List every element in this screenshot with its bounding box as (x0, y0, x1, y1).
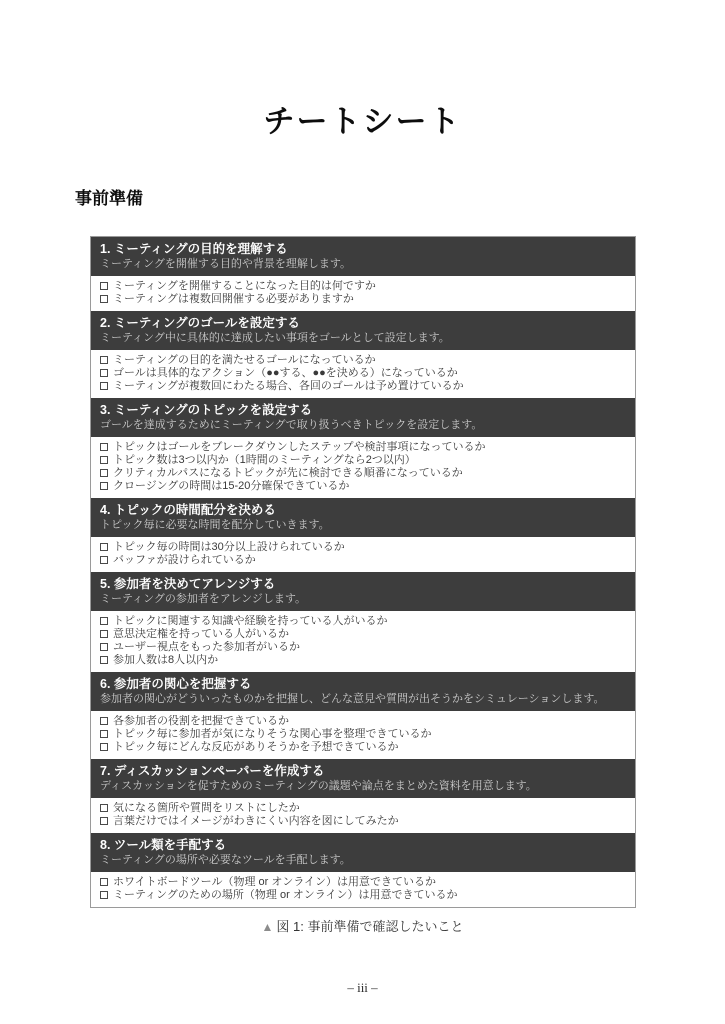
section-items: トピック毎の時間は30分以上設けられているか バッファが設けられているか (91, 537, 635, 572)
page-number: – iii – (0, 980, 725, 996)
checklist-item-label: ホワイトボードツール（物理 or オンライン）は用意できているか (113, 876, 436, 888)
checklist-item: 言葉だけではイメージがわきにくい内容を図にしてみたか (100, 815, 626, 828)
checklist-item-label: ミーティングの目的を満たせるゴールになっているか (113, 354, 376, 366)
checklist-item-label: ミーティングは複数回開催する必要がありますか (113, 293, 354, 305)
checkbox-icon (100, 617, 108, 625)
checkbox-icon (100, 730, 108, 738)
checkbox-icon (100, 743, 108, 751)
checklist-item-label: 意思決定権を持っている人がいるか (113, 628, 289, 640)
document-page: チートシート 事前準備 1. ミーティングの目的を理解する ミーティングを開催す… (0, 0, 725, 1024)
triangle-up-icon: ▲ (262, 920, 274, 934)
checklist-item: クロージングの時間は15-20分確保できているか (100, 480, 626, 493)
checkbox-icon (100, 469, 108, 477)
checklist-item-label: バッファが設けられているか (113, 554, 256, 566)
checklist-item-label: ミーティングのための場所（物理 or オンライン）は用意できているか (113, 889, 457, 901)
checkbox-icon (100, 643, 108, 651)
checkbox-icon (100, 382, 108, 390)
checkbox-icon (100, 891, 108, 899)
checklist-item-label: クリティカルパスになるトピックが先に検討できる順番になっているか (113, 467, 463, 479)
section-header: 4. トピックの時間配分を決める トピック毎に必要な時間を配分していきます。 (91, 498, 635, 537)
section-subtitle: ディスカッションを促すためのミーティングの議題や論点をまとめた資料を用意します。 (100, 779, 626, 794)
checklist-item: トピックに関連する知識や経験を持っている人がいるか (100, 615, 626, 628)
section-subtitle: トピック毎に必要な時間を配分していきます。 (100, 518, 626, 533)
section-items: トピックはゴールをブレークダウンしたステップや検討事項になっているか トピック数… (91, 437, 635, 498)
checklist-item: トピック毎に参加者が気になりそうな関心事を整理できているか (100, 728, 626, 741)
checklist-section-8: 8. ツール類を手配する ミーティングの場所や必要なツールを手配します。 ホワイ… (91, 833, 635, 907)
checklist-item-label: 参加人数は8人以内か (113, 654, 218, 666)
checklist-item-label: クロージングの時間は15-20分確保できているか (113, 480, 349, 492)
section-title: 3. ミーティングのトピックを設定する (100, 402, 626, 418)
checklist-item-label: トピックに関連する知識や経験を持っている人がいるか (113, 615, 388, 627)
section-header: 3. ミーティングのトピックを設定する ゴールを達成するためにミーティングで取り… (91, 398, 635, 437)
section-items: 気になる箇所や質問をリストにしたか 言葉だけではイメージがわきにくい内容を図にし… (91, 798, 635, 833)
checklist-section-6: 6. 参加者の関心を把握する 参加者の関心がどういったものかを把握し、どんな意見… (91, 672, 635, 759)
checklist-item-label: トピック毎の時間は30分以上設けられているか (113, 541, 345, 553)
checklist-item: トピック毎にどんな反応がありそうかを予想できているか (100, 741, 626, 754)
checklist-item: ミーティングの目的を満たせるゴールになっているか (100, 354, 626, 367)
section-subtitle: ゴールを達成するためにミーティングで取り扱うべきトピックを設定します。 (100, 418, 626, 433)
checklist-item: ホワイトボードツール（物理 or オンライン）は用意できているか (100, 876, 626, 889)
checklist-item-label: トピックはゴールをブレークダウンしたステップや検討事項になっているか (113, 441, 485, 453)
checklist-item-label: ゴールは具体的なアクション（●●する、●●を決める）になっているか (113, 367, 458, 379)
checklist-item-label: 気になる箇所や質問をリストにしたか (113, 802, 300, 814)
section-items: ミーティングの目的を満たせるゴールになっているか ゴールは具体的なアクション（●… (91, 350, 635, 398)
section-header: 8. ツール類を手配する ミーティングの場所や必要なツールを手配します。 (91, 833, 635, 872)
section-items: ミーティングを開催することになった目的は何ですか ミーティングは複数回開催する必… (91, 276, 635, 311)
section-title: 4. トピックの時間配分を決める (100, 502, 626, 518)
checklist-item-label: ミーティングが複数回にわたる場合、各回のゴールは予め置けているか (113, 380, 464, 392)
section-title: 6. 参加者の関心を把握する (100, 676, 626, 692)
checklist-item-label: 各参加者の役割を把握できているか (113, 715, 289, 727)
section-header: 2. ミーティングのゴールを設定する ミーティング中に具体的に達成したい事項をゴ… (91, 311, 635, 350)
section-title: 2. ミーティングのゴールを設定する (100, 315, 626, 331)
section-items: ホワイトボードツール（物理 or オンライン）は用意できているか ミーティングの… (91, 872, 635, 907)
section-items: トピックに関連する知識や経験を持っている人がいるか 意思決定権を持っている人がい… (91, 611, 635, 672)
checklist-item: 意思決定権を持っている人がいるか (100, 628, 626, 641)
checkbox-icon (100, 878, 108, 886)
checklist-item: クリティカルパスになるトピックが先に検討できる順番になっているか (100, 467, 626, 480)
section-title: 5. 参加者を決めてアレンジする (100, 576, 626, 592)
section-heading: 事前準備 (75, 184, 143, 209)
checklist-item: トピックはゴールをブレークダウンしたステップや検討事項になっているか (100, 441, 626, 454)
figure-caption-text: 図 1: 事前準備で確認したいこと (276, 919, 463, 934)
checkbox-icon (100, 482, 108, 490)
section-subtitle: ミーティングの場所や必要なツールを手配します。 (100, 853, 626, 868)
checklist-item: ミーティングは複数回開催する必要がありますか (100, 293, 626, 306)
checkbox-icon (100, 656, 108, 664)
checkbox-icon (100, 356, 108, 364)
section-header: 1. ミーティングの目的を理解する ミーティングを開催する目的や背景を理解します… (91, 237, 635, 276)
checkbox-icon (100, 543, 108, 551)
section-header: 7. ディスカッションペーパーを作成する ディスカッションを促すためのミーティン… (91, 759, 635, 798)
checklist-item-label: トピック毎に参加者が気になりそうな関心事を整理できているか (113, 728, 432, 740)
checklist-table: 1. ミーティングの目的を理解する ミーティングを開催する目的や背景を理解します… (90, 236, 636, 908)
section-subtitle: ミーティングの参加者をアレンジします。 (100, 592, 626, 607)
checkbox-icon (100, 295, 108, 303)
section-subtitle: ミーティング中に具体的に達成したい事項をゴールとして設定します。 (100, 331, 626, 346)
checklist-item: ユーザー視点をもった参加者がいるか (100, 641, 626, 654)
checklist-section-3: 3. ミーティングのトピックを設定する ゴールを達成するためにミーティングで取り… (91, 398, 635, 498)
section-subtitle: 参加者の関心がどういったものかを把握し、どんな意見や質問が出そうかをシミュレーシ… (100, 692, 626, 707)
checkbox-icon (100, 804, 108, 812)
section-items: 各参加者の役割を把握できているか トピック毎に参加者が気になりそうな関心事を整理… (91, 711, 635, 759)
checklist-item: ミーティングが複数回にわたる場合、各回のゴールは予め置けているか (100, 380, 626, 393)
checklist-item: 参加人数は8人以内か (100, 654, 626, 667)
figure-caption: ▲図 1: 事前準備で確認したいこと (0, 916, 725, 935)
checklist-section-2: 2. ミーティングのゴールを設定する ミーティング中に具体的に達成したい事項をゴ… (91, 311, 635, 398)
section-header: 5. 参加者を決めてアレンジする ミーティングの参加者をアレンジします。 (91, 572, 635, 611)
checkbox-icon (100, 443, 108, 451)
checklist-item: ミーティングのための場所（物理 or オンライン）は用意できているか (100, 889, 626, 902)
checklist-item: トピック数は3つ以内か（1時間のミーティングなら2つ以内） (100, 454, 626, 467)
checklist-item: 気になる箇所や質問をリストにしたか (100, 802, 626, 815)
checklist-section-7: 7. ディスカッションペーパーを作成する ディスカッションを促すためのミーティン… (91, 759, 635, 833)
checklist-item: ゴールは具体的なアクション（●●する、●●を決める）になっているか (100, 367, 626, 380)
checklist-section-4: 4. トピックの時間配分を決める トピック毎に必要な時間を配分していきます。 ト… (91, 498, 635, 572)
checklist-item-label: トピック毎にどんな反応がありそうかを予想できているか (113, 741, 399, 753)
checklist-item-label: トピック数は3つ以内か（1時間のミーティングなら2つ以内） (113, 454, 416, 466)
checkbox-icon (100, 369, 108, 377)
section-title: 7. ディスカッションペーパーを作成する (100, 763, 626, 779)
checkbox-icon (100, 556, 108, 564)
checklist-item: 各参加者の役割を把握できているか (100, 715, 626, 728)
checklist-item-label: ユーザー視点をもった参加者がいるか (113, 641, 300, 653)
page-title: チートシート (0, 96, 725, 141)
checklist-item: トピック毎の時間は30分以上設けられているか (100, 541, 626, 554)
checkbox-icon (100, 817, 108, 825)
checklist-item-label: ミーティングを開催することになった目的は何ですか (113, 280, 376, 292)
section-header: 6. 参加者の関心を把握する 参加者の関心がどういったものかを把握し、どんな意見… (91, 672, 635, 711)
section-title: 8. ツール類を手配する (100, 837, 626, 853)
checklist-section-5: 5. 参加者を決めてアレンジする ミーティングの参加者をアレンジします。 トピッ… (91, 572, 635, 672)
checklist-item-label: 言葉だけではイメージがわきにくい内容を図にしてみたか (113, 815, 399, 827)
checklist-item: バッファが設けられているか (100, 554, 626, 567)
checklist-section-1: 1. ミーティングの目的を理解する ミーティングを開催する目的や背景を理解します… (91, 237, 635, 311)
section-subtitle: ミーティングを開催する目的や背景を理解します。 (100, 257, 626, 272)
checklist-item: ミーティングを開催することになった目的は何ですか (100, 280, 626, 293)
section-title: 1. ミーティングの目的を理解する (100, 241, 626, 257)
checkbox-icon (100, 282, 108, 290)
checkbox-icon (100, 456, 108, 464)
checkbox-icon (100, 717, 108, 725)
checkbox-icon (100, 630, 108, 638)
